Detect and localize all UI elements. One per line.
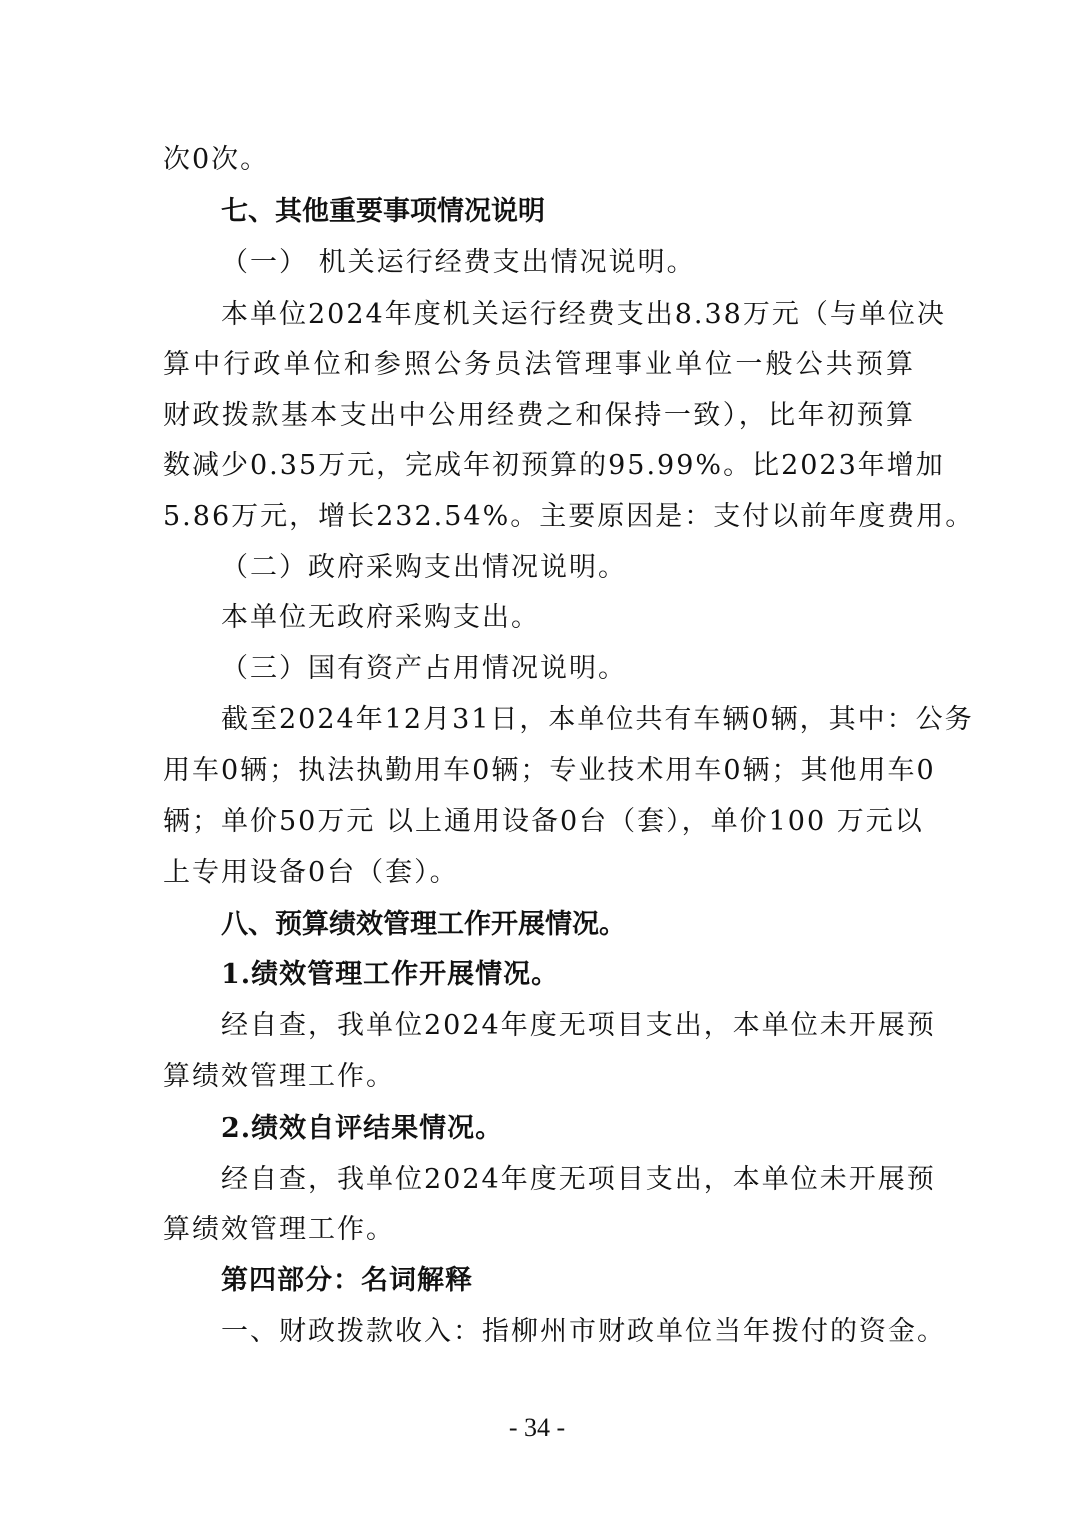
paragraph-line: 本单位无政府采购支出。	[221, 598, 915, 638]
section-heading-performance-management: 八、预算绩效管理工作开展情况。	[221, 905, 915, 945]
paragraph-line: 上专用设备0台（套）。	[163, 853, 915, 893]
paragraph-line: 数减少0.35万元，完成年初预算的95.99%。比2023年增加	[163, 446, 915, 486]
paragraph-line: 经自查，我单位2024年度无项目支出，本单位未开展预	[221, 1160, 915, 1200]
document-page: 次0次。 七、其他重要事项情况说明 （一） 机关运行经费支出情况说明。 本单位2…	[0, 0, 1074, 1520]
paragraph-line: 财政拨款基本支出中公用经费之和保持一致），比年初预算	[163, 396, 915, 436]
paragraph-line: 算绩效管理工作。	[163, 1210, 915, 1250]
paragraph-line: 算中行政单位和参照公务员法管理事业单位一般公共预算	[163, 345, 915, 385]
section-heading-other-matters: 七、其他重要事项情况说明	[221, 192, 915, 232]
paragraph-line: 算绩效管理工作。	[163, 1057, 915, 1097]
page-number: - 34 -	[0, 1412, 1074, 1444]
paragraph-line: 截至2024年12月31日，本单位共有车辆0辆，其中：公务	[221, 700, 915, 740]
paragraph-line: 用车0辆；执法执勤用车0辆；专业技术用车0辆；其他用车0	[163, 751, 915, 791]
subheading-state-assets: （三）国有资产占用情况说明。	[221, 649, 915, 689]
paragraph-line: 经自查，我单位2024年度无项目支出，本单位未开展预	[221, 1006, 915, 1046]
subheading-self-evaluation: 2.绩效自评结果情况。	[221, 1109, 915, 1149]
glossary-item: 一、财政拨款收入：指柳州市财政单位当年拨付的资金。	[221, 1312, 915, 1352]
paragraph-line: 辆；单价50万元 以上通用设备0台（套），单价100 万元以	[163, 802, 915, 842]
paragraph-continuation: 次0次。	[163, 140, 915, 180]
subheading-operating-expenses: （一） 机关运行经费支出情况说明。	[221, 243, 915, 283]
part-heading-glossary: 第四部分：名词解释	[221, 1261, 915, 1301]
subheading-performance-work: 1.绩效管理工作开展情况。	[221, 955, 915, 995]
paragraph-line: 5.86万元，增长232.54%。主要原因是：支付以前年度费用。	[163, 497, 915, 537]
subheading-government-procurement: （二）政府采购支出情况说明。	[221, 548, 915, 588]
paragraph-line: 本单位2024年度机关运行经费支出8.38万元（与单位决	[221, 295, 915, 335]
